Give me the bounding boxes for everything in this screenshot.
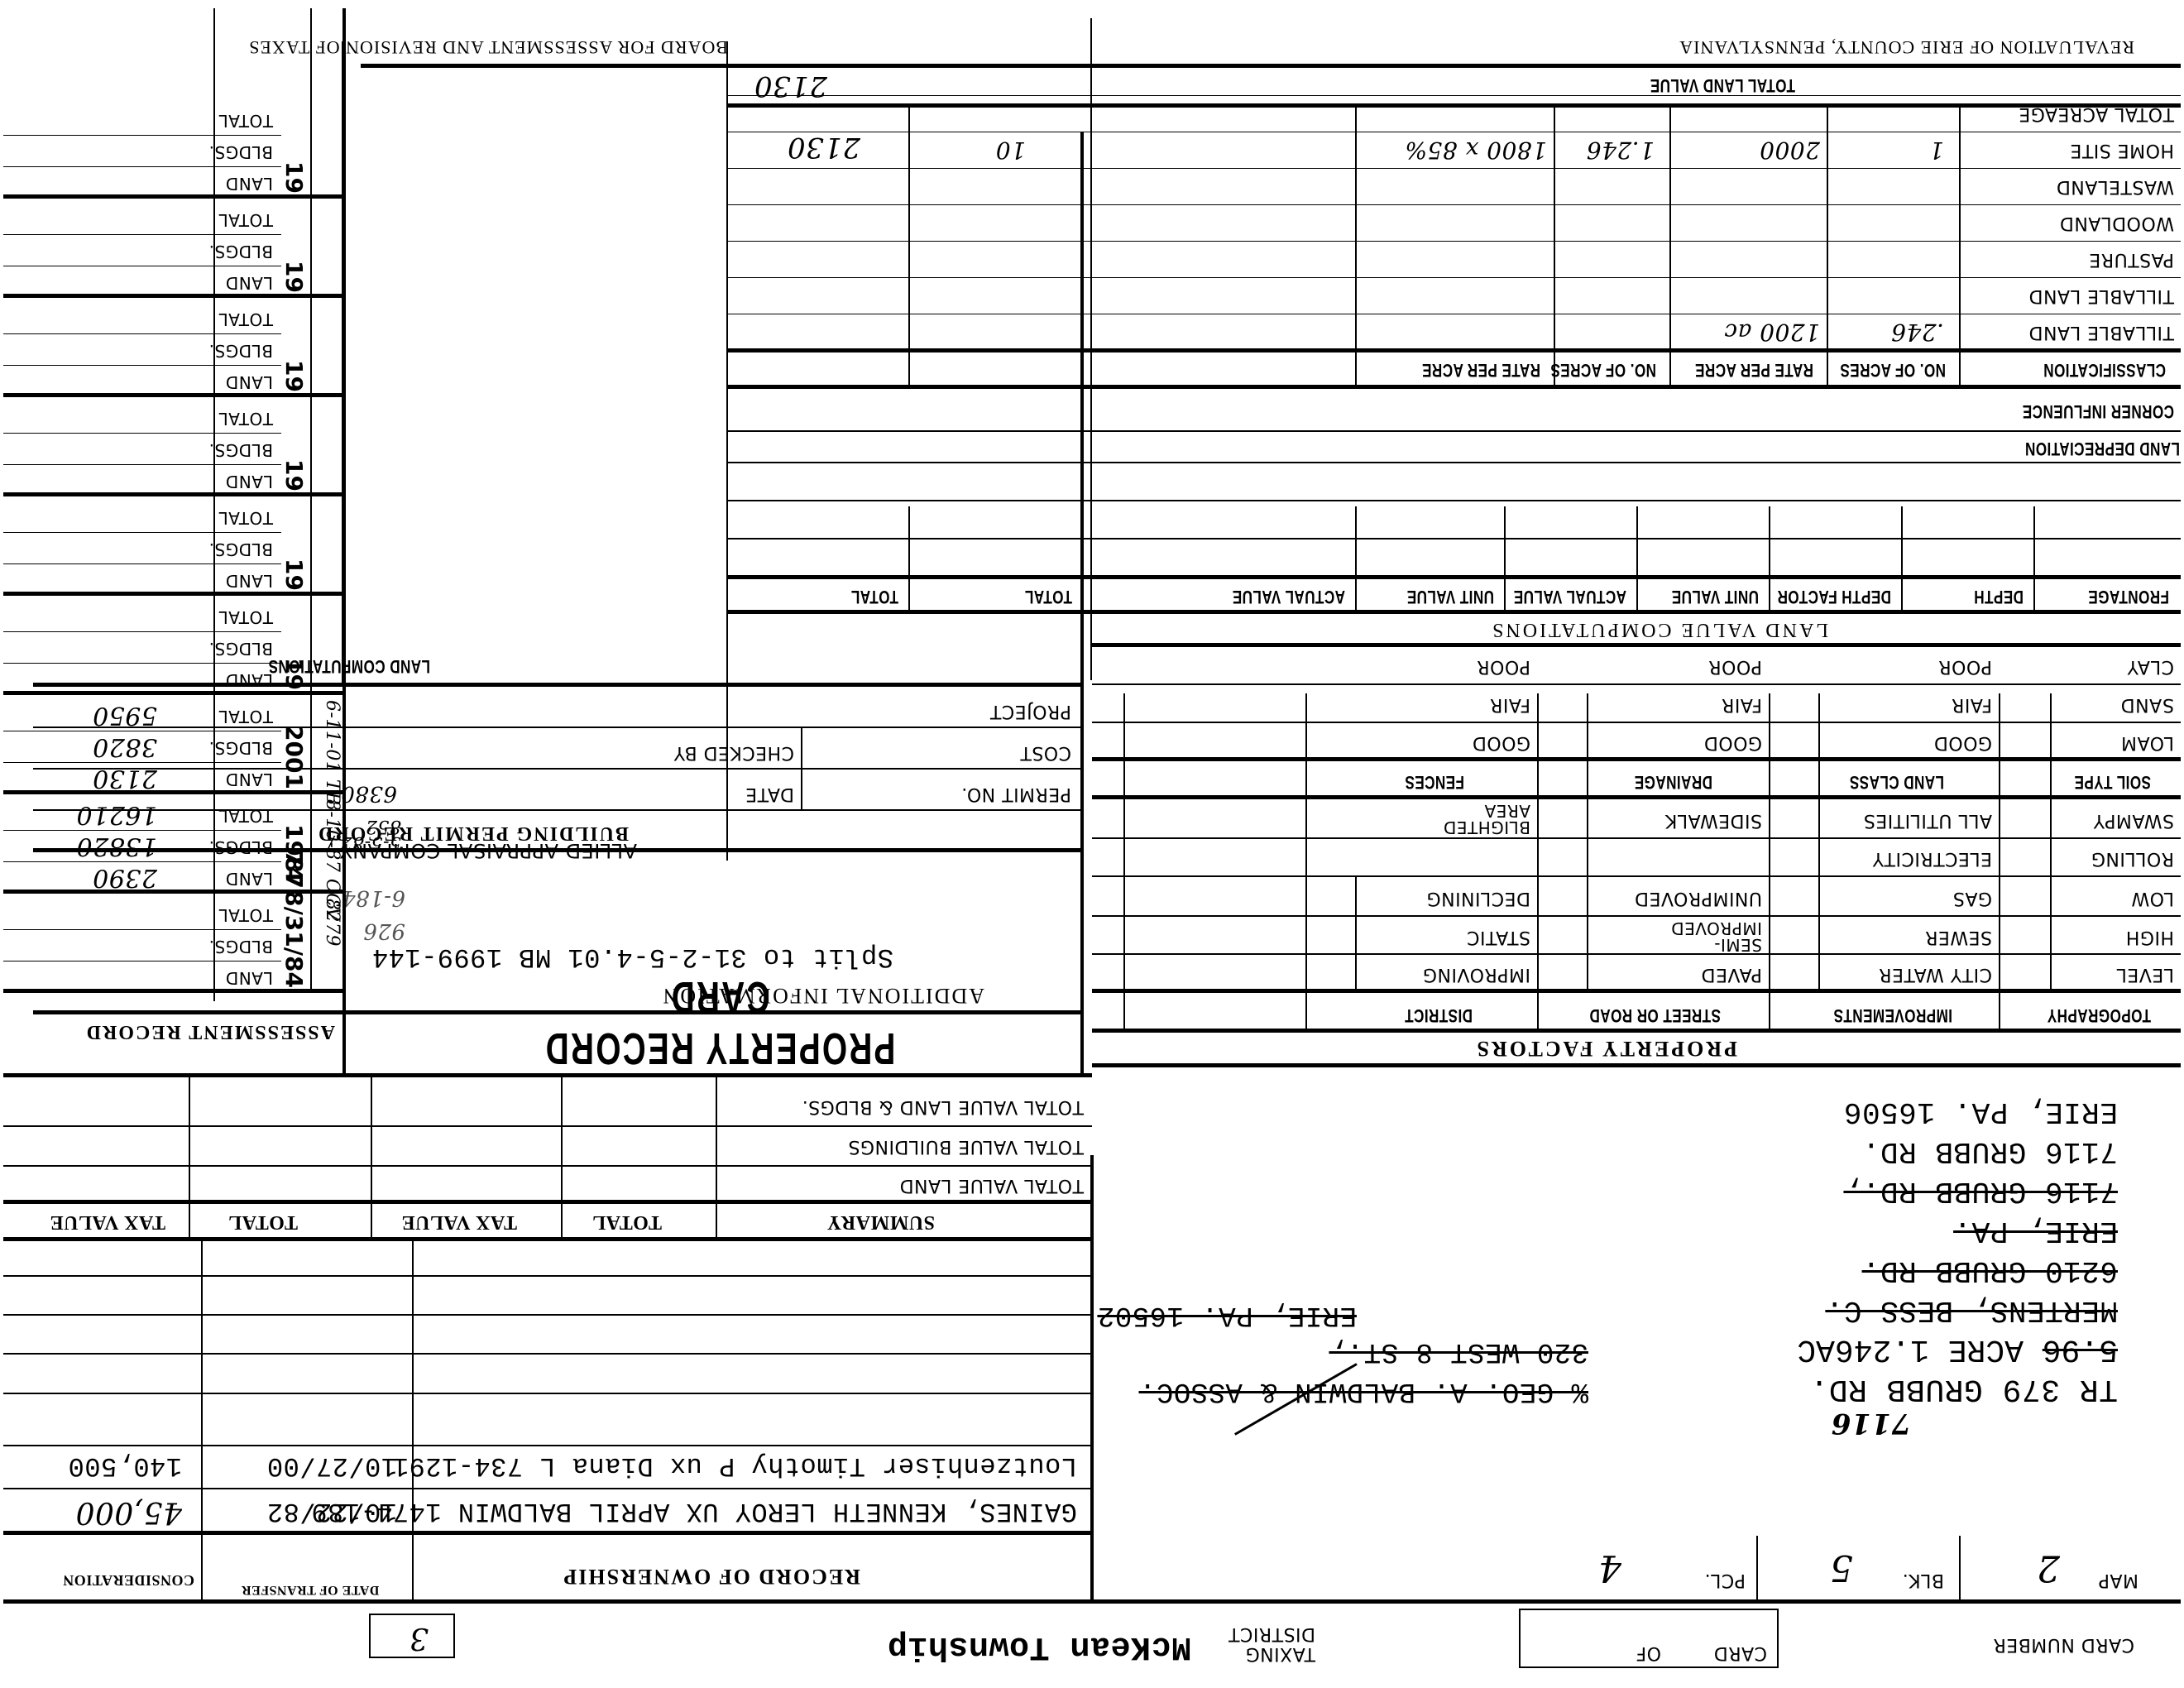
divider [1669, 108, 1671, 389]
divider [3, 1314, 1092, 1316]
divider [728, 103, 2181, 108]
divider [1092, 989, 2181, 993]
divider [1636, 506, 1638, 614]
assessment-row-label: BLDGS. [208, 142, 273, 162]
land-value-title: LAND VALUE COMPUTATIONS [1490, 618, 1828, 640]
total-land-value-label: TOTAL LAND VALUE [1650, 74, 1795, 96]
assessment-row-label: TOTAL [218, 905, 273, 925]
divider [361, 64, 2181, 68]
assessment-row-label: TOTAL [218, 806, 273, 826]
assessment-row-label: LAND [225, 770, 273, 789]
classification-col-header: RATE PER ACRE [1422, 359, 1540, 381]
summary-col-total: TOTAL [228, 1211, 298, 1233]
divider [728, 462, 2181, 463]
divider [728, 538, 2181, 539]
divider [3, 393, 343, 397]
divider [1092, 837, 2181, 839]
divider [3, 365, 281, 366]
pcl-label: PCL. [1704, 1570, 1746, 1590]
divider [3, 294, 343, 298]
divider [1537, 693, 1539, 1033]
soil-sand[interactable]: SAND [2120, 694, 2174, 715]
divider [1092, 1063, 2181, 1067]
divider [3, 563, 281, 564]
land-class-good[interactable]: GOOD [1933, 732, 1992, 753]
agent-address: 320 WEST 8 ST., [1329, 1336, 1588, 1367]
land-class-fair[interactable]: FAIR [1952, 694, 1992, 715]
header-street-or-road: STREET OR ROAD [1589, 1005, 1721, 1026]
assessment-row-label: LAND [225, 273, 273, 293]
divider [3, 433, 281, 434]
permit-date-value: 6380 [341, 781, 397, 806]
assessment-row-label: BLDGS. [208, 837, 273, 857]
divider [728, 241, 2181, 242]
ownership-title: RECORD OF OWNERSHIP [562, 1564, 860, 1589]
owner-name: GAINES, KENNETH LEROY UX APRIL BALDWIN 1… [311, 1496, 1077, 1527]
owner-name: Loutzenhiser Timothy P ux Diana L 734-12… [392, 1451, 1077, 1481]
header-fences: FENCES [1405, 771, 1464, 793]
divider [3, 194, 343, 199]
divider [189, 1076, 190, 1241]
classification-label: PASTURE [2089, 249, 2174, 270]
struck-acreage: 5.96 [2043, 1331, 2118, 1367]
agent-city: ERIE, PA. 16502 [1097, 1299, 1357, 1331]
divider [726, 41, 728, 861]
factor-sewer[interactable]: SEWER [1925, 927, 1992, 947]
header-improvements: IMPROVEMENTS [1833, 1005, 1952, 1026]
summary-row-land-bldgs: TOTAL VALUE LAND & BLDGS. [802, 1096, 1084, 1117]
divider [3, 989, 343, 993]
factor-low: LOW [2131, 888, 2174, 909]
map-value: 2 [2037, 1547, 2061, 1589]
previous-address: 6210 GRUBB RD. [1862, 1254, 2118, 1288]
divider [3, 266, 281, 266]
divider [3, 166, 281, 167]
frontage-col-header: DEPTH FACTOR [1777, 586, 1891, 607]
assessment-year: 1987 [280, 824, 308, 889]
col-consideration: CONSIDERATION [63, 1571, 194, 1589]
assessment-row-label: LAND [225, 571, 273, 591]
assessment-row-label: LAND [225, 372, 273, 392]
assessment-land-value: 2130 [93, 764, 157, 793]
header-soil-type: SOIL TYPE [2074, 771, 2151, 793]
divider [728, 168, 2181, 169]
corner-influence-label: CORNER INFLUENCE [2022, 400, 2174, 422]
classification-label: WASTELAND [2056, 176, 2174, 197]
divider [1769, 693, 1770, 1033]
divider [3, 861, 281, 862]
assessment-bldgs-value: 3820 [93, 732, 157, 761]
divider [3, 234, 281, 235]
assessment-row-label: LAND [225, 670, 273, 690]
divider [908, 108, 910, 389]
assessment-year: 19 [280, 261, 308, 293]
fences-good[interactable]: GOOD [1472, 732, 1530, 753]
divider [728, 575, 2181, 579]
divider [1355, 108, 1357, 389]
factor-static[interactable]: STATIC [1467, 927, 1530, 947]
rate-per-acre: 2000 [1760, 137, 1820, 164]
divider [3, 532, 281, 533]
assessment-row-label: TOTAL [218, 111, 273, 131]
divider [342, 41, 343, 687]
divider [1901, 506, 1903, 614]
header-district: DISTRICT [1405, 1005, 1473, 1026]
divider [728, 500, 2181, 501]
property-record-card: CARD NUMBER CARD OF TAXING DISTRICT McKe… [0, 0, 2184, 1688]
factor-sidewalk[interactable]: SIDEWALK [1664, 810, 1762, 831]
divider [3, 631, 281, 632]
fences-fair[interactable]: FAIR [1490, 694, 1530, 715]
divider [33, 848, 1084, 852]
rate-per-acre: 1200 ac [1724, 319, 1820, 346]
additional-info-value: Split to 31-2-5-4.01 MB 1999-144 [372, 942, 894, 972]
blk-value: 5 [1830, 1547, 1854, 1589]
permit-date-label: DATE [745, 784, 794, 804]
margin-note: 6-184 [342, 885, 405, 910]
divider [3, 691, 343, 695]
divider [3, 961, 281, 961]
assessment-row-label: TOTAL [218, 210, 273, 230]
no-of-acres: 1 [1929, 137, 1944, 164]
frontage-col-header: UNIT VALUE [1671, 586, 1759, 607]
divider [1959, 108, 1961, 389]
divider [371, 1076, 372, 1241]
transfer-date: 10/27/00 [266, 1451, 397, 1481]
divider [726, 506, 728, 614]
permit-cost-label: COST [1020, 742, 1071, 763]
permit-no-label: PERMIT NO. [961, 784, 1071, 804]
assessment-row-label: BLDGS. [208, 738, 273, 758]
additional-info-label: ADDITIONAL INFORMATION [662, 983, 984, 1008]
assessment-record-title: ASSESSMENT RECORD [85, 1020, 335, 1043]
divider [3, 663, 281, 664]
assessment-note: 8-10-87 CCV [322, 799, 342, 890]
assessment-row-label: BLDGS. [208, 639, 273, 659]
divider [2050, 693, 2052, 991]
divider [1123, 693, 1125, 1033]
classification-col-header: NO. OF ACRES [1840, 359, 1946, 381]
no-of-acres: 1.246 [1586, 137, 1655, 164]
card-number-label: CARD NUMBER [1993, 1633, 2134, 1655]
divider [1092, 915, 2181, 917]
previous-owner: MERTENS, BESS C. [1825, 1293, 2118, 1327]
divider [412, 1238, 414, 1602]
divider [3, 135, 281, 136]
revaluation-title: REVALUATION OF ERIE COUNTY, PENNSYLVANIA [1679, 36, 2134, 58]
divider [1355, 875, 1357, 991]
summary-col-tax-value: TAX VALUE [50, 1211, 165, 1233]
assessment-year: 2001 [280, 725, 308, 789]
divider [3, 1445, 1092, 1446]
summary-row-land: TOTAL VALUE LAND [899, 1175, 1084, 1196]
frontage-col-header: ACTUAL VALUE [1513, 586, 1626, 607]
consideration: 140,500 [68, 1451, 182, 1481]
divider [728, 277, 2181, 278]
divider [1092, 795, 2181, 799]
assessment-year: 19 [280, 161, 308, 194]
divider [3, 890, 343, 894]
divider [310, 8, 312, 993]
drainage-poor[interactable]: POOR [1708, 656, 1762, 677]
assessment-bldgs-value: 13820 [76, 832, 157, 861]
divider [33, 1010, 1084, 1014]
transfer-date: 10/22/82 [266, 1496, 397, 1527]
divider [1554, 108, 1555, 389]
divider [728, 610, 2181, 614]
classification-label: TILLABLE LAND [2028, 285, 2174, 306]
divider [3, 1488, 1092, 1489]
divider [2033, 506, 2035, 614]
pcl-value: 4 [1598, 1547, 1622, 1589]
drainage-fair[interactable]: FAIR [1722, 694, 1762, 715]
factor-unimproved[interactable]: UNIMPROVED [1635, 888, 1762, 909]
mailing-city: ERIE, PA. 16506 [1843, 1095, 2118, 1129]
soil-loam[interactable]: LOAM [2121, 732, 2174, 753]
divider [728, 385, 2181, 389]
factor-level: LEVEL [2116, 964, 2174, 985]
divider [3, 1200, 1092, 1204]
agent-name: % GEO. A. BALDWIN & ASSOC. [1139, 1375, 1589, 1407]
total-land-value: 2130 [754, 70, 827, 103]
divider [3, 1125, 1092, 1127]
mailing-address: 7116 GRUBB RD. [1862, 1134, 2118, 1168]
divider [1092, 683, 2181, 685]
assessment-row-label: TOTAL [218, 607, 273, 627]
divider [1504, 506, 1506, 614]
location-line1: TR 379 GRUBB RD. [1809, 1371, 2118, 1407]
factor-semi-improved[interactable]: SEMI-IMPROVED [1663, 920, 1762, 953]
assessment-row-label: BLDGS. [208, 539, 273, 559]
divider [1305, 693, 1307, 1033]
factor-gas[interactable]: GAS [1952, 888, 1992, 909]
factor-electricity[interactable]: ELECTRICITY [1872, 848, 1992, 869]
property-factors-title: PROPERTY FACTORS [1475, 1036, 1737, 1061]
divider [33, 809, 1084, 811]
fences-poor[interactable]: POOR [1477, 656, 1530, 677]
frontage-col-header: TOTAL [850, 586, 898, 607]
summary-row-buildings: TOTAL VALUE BUILDINGS [848, 1136, 1084, 1157]
divider [1082, 506, 1084, 614]
corner-number: 3 [409, 1621, 429, 1655]
divider [3, 1165, 1092, 1167]
factor-paved[interactable]: PAVED [1701, 964, 1762, 985]
assessment-row-label: TOTAL [218, 707, 273, 727]
frontage-col-header: FRONTAGE [2088, 586, 2169, 607]
factor-high: HIGH [2125, 927, 2174, 947]
assessment-row-label: TOTAL [218, 309, 273, 329]
assessment-year: 19 [280, 360, 308, 392]
corner-number-box: 3 [369, 1614, 455, 1658]
assessment-year: 19 [280, 459, 308, 492]
divider [3, 731, 281, 731]
divider [728, 204, 2181, 205]
assessment-year: 19 [280, 658, 308, 690]
summary-col-total: TOTAL [592, 1211, 662, 1233]
divider [3, 929, 281, 930]
land-depreciation-label: LAND DEPRECIATION [2025, 438, 2180, 459]
divider [3, 830, 281, 831]
assessment-total-value: 16210 [76, 800, 157, 829]
permit-checked-by-label: CHECKED BY [673, 742, 794, 763]
divider [1587, 693, 1588, 991]
divider [1092, 757, 2181, 761]
assessment-row-label: LAND [225, 174, 273, 194]
soil-clay[interactable]: CLAY [2127, 656, 2174, 677]
divider [561, 1076, 563, 1241]
divider [801, 728, 802, 811]
divider [3, 790, 343, 794]
divider [728, 348, 2181, 352]
factor-rolling: ROLLING [2091, 848, 2174, 869]
classification-col-header: NO. OF ACRES [1550, 359, 1656, 381]
divider [3, 464, 281, 465]
previous-address-2: 7116 GRUBB RD., [1843, 1174, 2118, 1208]
factor-all-utilities[interactable]: ALL UTILITIES [1863, 810, 1992, 831]
divider [3, 333, 281, 334]
factor-swampy: SWAMPY [2093, 810, 2174, 831]
divider [33, 768, 1084, 770]
blk-label: BLK. [1902, 1570, 1944, 1590]
divider [3, 592, 343, 596]
assessment-year: 19 [280, 559, 308, 591]
divider [1090, 1155, 1094, 1602]
summary-title: SUMMARY [826, 1211, 935, 1233]
divider [3, 1393, 1092, 1394]
divider [33, 683, 1084, 687]
consideration: 45,000 [75, 1495, 182, 1529]
header-topography: TOPOGRAPHY [2047, 1005, 2151, 1026]
divider [3, 1237, 1092, 1241]
classification-col-header: CLASSIFICATION [2043, 359, 2166, 381]
frontage-col-header: UNIT VALUE [1406, 586, 1494, 607]
factor-city-water[interactable]: CITY WATER [1879, 964, 1992, 985]
divider [3, 1275, 1092, 1277]
board-title: BOARD FOR ASSESSMENT AND REVISION OF TAX… [248, 36, 728, 58]
margin-note: 926 [363, 918, 405, 943]
house-number-handwritten: 7116 [1831, 1407, 1911, 1440]
divider [1090, 108, 1092, 389]
acreage: ACRE 1.246AC [1797, 1331, 2024, 1367]
divider [1959, 1536, 1961, 1602]
rate-per-acre: 1800 x 85% [1405, 137, 1547, 164]
assessment-row-label: BLDGS. [208, 440, 273, 460]
divider [1756, 1536, 1758, 1602]
factor-declining[interactable]: DECLINING [1426, 888, 1530, 909]
assessment-note: 6-11-01 TB [322, 700, 342, 791]
assessment-total-value: 5950 [93, 701, 157, 730]
divider [1355, 506, 1357, 614]
frontage-col-header: ACTUAL VALUE [1232, 586, 1345, 607]
assessment-row-label: TOTAL [218, 409, 273, 429]
previous-city: ERIE, PA. [1953, 1214, 2118, 1248]
divider [1818, 693, 1820, 991]
summary-col-tax-value: TAX VALUE [401, 1211, 517, 1233]
divider [1769, 506, 1770, 614]
drainage-good[interactable]: GOOD [1703, 732, 1762, 753]
assessment-row-label: LAND [225, 869, 273, 889]
taxing-district-value: McKean Township [887, 1628, 1191, 1665]
divider [3, 1531, 1092, 1535]
frontage-col-header: TOTAL [1024, 586, 1072, 607]
row-total: 10 [995, 137, 1026, 164]
header-land-class: LAND CLASS [1850, 771, 1944, 793]
taxing-district-label: TAXING DISTRICT [1216, 1623, 1315, 1663]
no-of-acres: .246 [1891, 319, 1944, 346]
header-drainage: DRAINAGE [1634, 771, 1712, 793]
factor-blighted-area[interactable]: BLIGHTED AREA [1423, 803, 1530, 836]
classification-label: TILLABLE LAND [2028, 322, 2174, 343]
assessment-row-label: LAND [225, 472, 273, 492]
assessment-land-value: 2390 [93, 863, 157, 892]
assessment-row-label: TOTAL [218, 508, 273, 528]
divider [3, 1353, 1092, 1355]
divider [908, 506, 910, 614]
divider [3, 762, 281, 763]
divider [728, 132, 2181, 132]
location-line2: 5.96 ACRE 1.246AC [1797, 1331, 2118, 1367]
classification-col-header: RATE PER ACRE [1695, 359, 1813, 381]
frontage-col-header: DEPTH [1974, 586, 2024, 607]
divider [728, 95, 2181, 96]
permit-project-label: PROJECT [989, 701, 1071, 722]
divider [33, 727, 1084, 728]
divider [3, 492, 343, 496]
divider [1092, 1029, 2181, 1033]
map-label: MAP [2098, 1570, 2138, 1590]
col-date-of-transfer: DATE OF TRANSFER [215, 1582, 405, 1597]
assessment-row-label: BLDGS. [208, 341, 273, 361]
land-class-poor[interactable]: POOR [1938, 656, 1992, 677]
divider [728, 314, 2181, 314]
classification-label: WOODLAND [2059, 213, 2174, 233]
divider [728, 430, 2181, 432]
divider [1092, 953, 2181, 955]
divider [1092, 722, 2181, 723]
divider [1827, 108, 1828, 389]
assessment-row-label: BLDGS. [208, 937, 273, 957]
divider [201, 1238, 203, 1602]
divider [1092, 643, 2181, 647]
factor-improving[interactable]: IMPROVING [1423, 964, 1531, 985]
assessment-row-label: BLDGS. [208, 242, 273, 261]
divider [1092, 875, 2181, 877]
classification-label: HOME SITE [2070, 140, 2174, 161]
divider [1999, 693, 2000, 1033]
row-total: 2130 [787, 131, 860, 164]
divider [716, 1076, 717, 1241]
card-of-box: CARD OF [1519, 1609, 1779, 1668]
assessment-row-label: LAND [225, 968, 273, 988]
